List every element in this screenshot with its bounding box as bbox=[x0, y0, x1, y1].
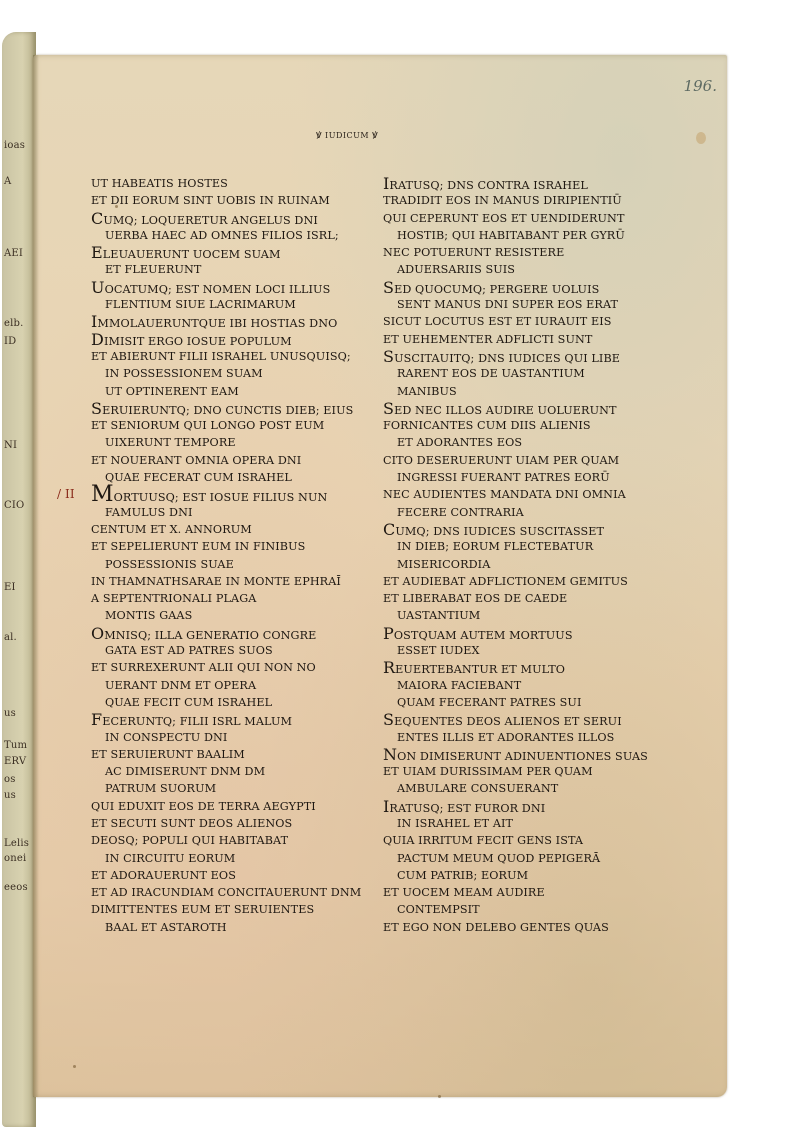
line-text: leuauerunt uocem suam bbox=[103, 248, 281, 261]
initial-letter: S bbox=[91, 399, 102, 418]
initial-letter: S bbox=[383, 399, 394, 418]
previous-page-text-fragment: CIO bbox=[4, 500, 24, 511]
initial-letter: C bbox=[91, 209, 103, 228]
previous-page-text-fragment: Tum bbox=[4, 740, 27, 751]
line-text: eceruntq; filii isrl malum bbox=[102, 715, 292, 728]
text-line: nec audientes mandata dni omnia bbox=[383, 486, 683, 503]
line-text: on dimiserunt adinuentiones suas bbox=[397, 750, 648, 763]
text-line: ingressi fuerant patres eorū bbox=[383, 469, 683, 486]
manuscript-folio: 196. ꝟIUDICUMꝟ ut habeatis hosteset dii … bbox=[33, 55, 727, 1097]
text-line: nec potuerunt resistere bbox=[383, 244, 683, 261]
text-line: Sed nec illos audire uoluerunt bbox=[383, 400, 683, 417]
initial-letter: S bbox=[383, 278, 394, 297]
text-line: Sequentes deos alienos et serui bbox=[383, 711, 683, 728]
folio-number: 196. bbox=[684, 77, 717, 95]
text-line: et audiebat adflictionem gemitus bbox=[383, 573, 683, 590]
parchment-speck bbox=[115, 205, 118, 208]
text-line: Postquam autem mortuus bbox=[383, 625, 683, 642]
line-text: euertebantur et multo bbox=[395, 663, 565, 676]
text-line: maiora faciebant bbox=[383, 677, 683, 694]
parchment-speck bbox=[438, 1095, 441, 1098]
text-line: et fleuerunt bbox=[91, 261, 381, 278]
text-line: uerba haec ad omnes filios isrl; bbox=[91, 227, 381, 244]
initial-letter: E bbox=[91, 243, 103, 262]
line-text: equentes deos alienos et serui bbox=[394, 715, 622, 728]
running-head-mark-right: ꝟ bbox=[372, 128, 378, 141]
text-line: in israhel et ait bbox=[383, 815, 683, 832]
text-line: quae fecit cum israhel bbox=[91, 694, 381, 711]
text-line: tradidit eos in manus diripientiū bbox=[383, 192, 683, 209]
text-line: et seruierunt baalim bbox=[91, 746, 381, 763]
initial-letter: S bbox=[383, 710, 394, 729]
text-line: in possessionem suam bbox=[91, 365, 381, 382]
line-text: imisit ergo iosue populum bbox=[104, 335, 292, 348]
initial-letter: F bbox=[91, 710, 102, 729]
text-line: uerant dnm et opera bbox=[91, 677, 381, 694]
text-line: Iratusq; dns contra israhel bbox=[383, 175, 683, 192]
text-line: et seniorum qui longo post eum bbox=[91, 417, 381, 434]
previous-page-text-fragment: onei bbox=[4, 853, 26, 864]
text-line: hostib; qui habitabant per gyrū bbox=[383, 227, 683, 244]
text-line: possessionis suae bbox=[91, 556, 381, 573]
text-line: Non dimiserunt adinuentiones suas bbox=[383, 746, 683, 763]
text-line: montis gaas bbox=[91, 607, 381, 624]
initial-letter: N bbox=[383, 745, 397, 764]
initial-letter: O bbox=[91, 624, 104, 643]
previous-page-text-fragment: EI bbox=[4, 582, 16, 593]
text-line: qui eduxit eos de terra aegypti bbox=[91, 798, 381, 815]
previous-page-text-fragment: us bbox=[4, 708, 16, 719]
line-text: uscitauitq; dns iudices qui libe bbox=[394, 352, 620, 365]
initial-letter: M bbox=[91, 482, 114, 507]
parchment-speck bbox=[73, 1065, 76, 1068]
line-text: ratusq; dns contra israhel bbox=[389, 179, 588, 192]
previous-page-text-fragment: eeos bbox=[4, 882, 28, 893]
text-line: fecere contraria bbox=[383, 504, 683, 521]
line-text: umq; dns iudices suscitasset bbox=[395, 525, 604, 538]
text-line: entes illis et adorantes illos bbox=[383, 729, 683, 746]
text-line: Cumq; loqueretur angelus dni bbox=[91, 210, 381, 227]
text-line: et sepelierunt eum in finibus bbox=[91, 538, 381, 555]
initial-letter: D bbox=[91, 330, 104, 349]
text-line: et abierunt filii israhel unusquisq; bbox=[91, 348, 381, 365]
running-head-mark-left: ꝟ bbox=[316, 128, 322, 141]
text-line: et adorauerunt eos bbox=[91, 867, 381, 884]
initial-letter: P bbox=[383, 624, 394, 643]
line-text: ocatumq; est nomen loci illius bbox=[105, 283, 331, 296]
text-line: contempsit bbox=[383, 901, 683, 918]
previous-page-text-fragment: al. bbox=[4, 632, 17, 643]
text-line: manibus bbox=[383, 383, 683, 400]
previous-page-text-fragment: os bbox=[4, 774, 16, 785]
text-line: sent manus dni super eos erat bbox=[383, 296, 683, 313]
text-line: flentium siue lacrimarum bbox=[91, 296, 381, 313]
text-line: / IIMortuusq; est iosue filius nun bbox=[91, 486, 381, 503]
text-line: ambulare consuerant bbox=[383, 780, 683, 797]
text-line: in thamnathsarae in monte ephraī bbox=[91, 573, 381, 590]
text-line: fornicantes cum diis alienis bbox=[383, 417, 683, 434]
text-line: Uocatumq; est nomen loci illius bbox=[91, 279, 381, 296]
text-line: Eleuauerunt uocem suam bbox=[91, 244, 381, 261]
line-text: mmolaueruntque ibi hostias dno bbox=[97, 317, 337, 330]
gutter-shadow bbox=[33, 55, 39, 1097]
text-line: ut optinerent eam bbox=[91, 383, 381, 400]
line-text: mnisq; illa generatio congre bbox=[104, 629, 316, 642]
text-line: et ego non delebo gentes quas bbox=[383, 919, 683, 936]
initial-letter: U bbox=[91, 278, 105, 297]
text-line: cito deseruerunt uiam per quam bbox=[383, 452, 683, 469]
initial-letter: R bbox=[383, 658, 395, 677]
text-line: in circuitu eorum bbox=[91, 850, 381, 867]
running-head: ꝟIUDICUMꝟ bbox=[313, 127, 381, 142]
text-line: Immolaueruntque ibi hostias dno bbox=[91, 313, 381, 330]
text-line: patrum suorum bbox=[91, 780, 381, 797]
text-line: et secuti sunt deos alienos bbox=[91, 815, 381, 832]
text-line: ut habeatis hostes bbox=[91, 175, 381, 192]
text-line: Reuertebantur et multo bbox=[383, 659, 683, 676]
text-line: esset iudex bbox=[383, 642, 683, 659]
text-line: Iratusq; est furor dni bbox=[383, 798, 683, 815]
previous-page-text-fragment: elb. bbox=[4, 318, 24, 329]
previous-page-edge: ioasAAEIelb.IDNICIOEIal.usTumERVosusLeli… bbox=[2, 32, 36, 1127]
text-line: quam fecerant patres sui bbox=[383, 694, 683, 711]
line-text: ed nec illos audire uoluerunt bbox=[394, 404, 617, 417]
line-text: ostquam autem mortuus bbox=[394, 629, 573, 642]
line-text: eruieruntq; dno cunctis dieb; eius bbox=[102, 404, 353, 417]
text-line: ac dimiserunt dnm dm bbox=[91, 763, 381, 780]
text-line: Dimisit ergo iosue populum bbox=[91, 331, 381, 348]
text-line: Seruieruntq; dno cunctis dieb; eius bbox=[91, 400, 381, 417]
text-line: et uocem meam audire bbox=[383, 884, 683, 901]
text-line: gata est ad patres suos bbox=[91, 642, 381, 659]
previous-page-text-fragment: ioas bbox=[4, 140, 25, 151]
previous-page-text-fragment: Lelis bbox=[4, 838, 29, 849]
text-line: et dii eorum sint uobis in ruinam bbox=[91, 192, 381, 209]
text-line: a septentrionali plaga bbox=[91, 590, 381, 607]
text-line: quae fecerat cum israhel bbox=[91, 469, 381, 486]
text-line: et liberabat eos de caede bbox=[383, 590, 683, 607]
text-line: et uiam durissimam per quam bbox=[383, 763, 683, 780]
parchment-stain bbox=[696, 132, 706, 144]
text-line: Cumq; dns iudices suscitasset bbox=[383, 521, 683, 538]
text-line: et uehementer adflicti sunt bbox=[383, 331, 683, 348]
text-line: uixerunt tempore bbox=[91, 434, 381, 451]
line-text: ed quocumq; pergere uoluis bbox=[394, 283, 599, 296]
text-line: sicut locutus est et iurauit eis bbox=[383, 313, 683, 330]
previous-page-text-fragment: us bbox=[4, 790, 16, 801]
text-line: et nouerant omnia opera dni bbox=[91, 452, 381, 469]
text-line: centum et x. annorum bbox=[91, 521, 381, 538]
text-line: rarent eos de uastantium bbox=[383, 365, 683, 382]
previous-page-text-fragment: A bbox=[4, 176, 11, 187]
text-line: baal et astaroth bbox=[91, 919, 381, 936]
text-line: et surrexerunt alii qui non no bbox=[91, 659, 381, 676]
text-column-right: Iratusq; dns contra israheltradidit eos … bbox=[383, 175, 683, 936]
text-line: et ad iracundiam concitauerunt dnm bbox=[91, 884, 381, 901]
text-line: pactum meum quod pepigerā bbox=[383, 850, 683, 867]
text-line: et adorantes eos bbox=[383, 434, 683, 451]
initial-letter: C bbox=[383, 520, 395, 539]
text-line: in conspectu dni bbox=[91, 729, 381, 746]
text-line: Feceruntq; filii isrl malum bbox=[91, 711, 381, 728]
line-text: ortuusq; est iosue filius nun bbox=[114, 491, 328, 504]
previous-page-text-fragment: ID bbox=[4, 336, 16, 347]
text-line: quia irritum fecit gens ista bbox=[383, 832, 683, 849]
line-text: umq; loqueretur angelus dni bbox=[103, 214, 318, 227]
text-line: in dieb; eorum flectebatur bbox=[383, 538, 683, 555]
text-line: Sed quocumq; pergere uoluis bbox=[383, 279, 683, 296]
previous-page-text-fragment: ERV bbox=[4, 756, 26, 767]
text-line: Omnisq; illa generatio congre bbox=[91, 625, 381, 642]
text-line: uastantium bbox=[383, 607, 683, 624]
text-line: misericordia bbox=[383, 556, 683, 573]
text-line: famulus dni bbox=[91, 504, 381, 521]
running-head-title: IUDICUM bbox=[325, 131, 369, 140]
text-line: cum patrib; eorum bbox=[383, 867, 683, 884]
chapter-number-marker: / II bbox=[57, 486, 75, 503]
text-line: aduersariis suis bbox=[383, 261, 683, 278]
previous-page-text-fragment: NI bbox=[4, 440, 17, 451]
initial-letter: S bbox=[383, 347, 394, 366]
line-text: ratusq; est furor dni bbox=[389, 802, 545, 815]
previous-page-text-fragment: AEI bbox=[4, 248, 23, 259]
text-line: Suscitauitq; dns iudices qui libe bbox=[383, 348, 683, 365]
text-column-left: ut habeatis hosteset dii eorum sint uobi… bbox=[91, 175, 381, 936]
text-line: qui ceperunt eos et uendiderunt bbox=[383, 210, 683, 227]
text-line: deosq; populi qui habitabat bbox=[91, 832, 381, 849]
text-line: dimittentes eum et seruientes bbox=[91, 901, 381, 918]
